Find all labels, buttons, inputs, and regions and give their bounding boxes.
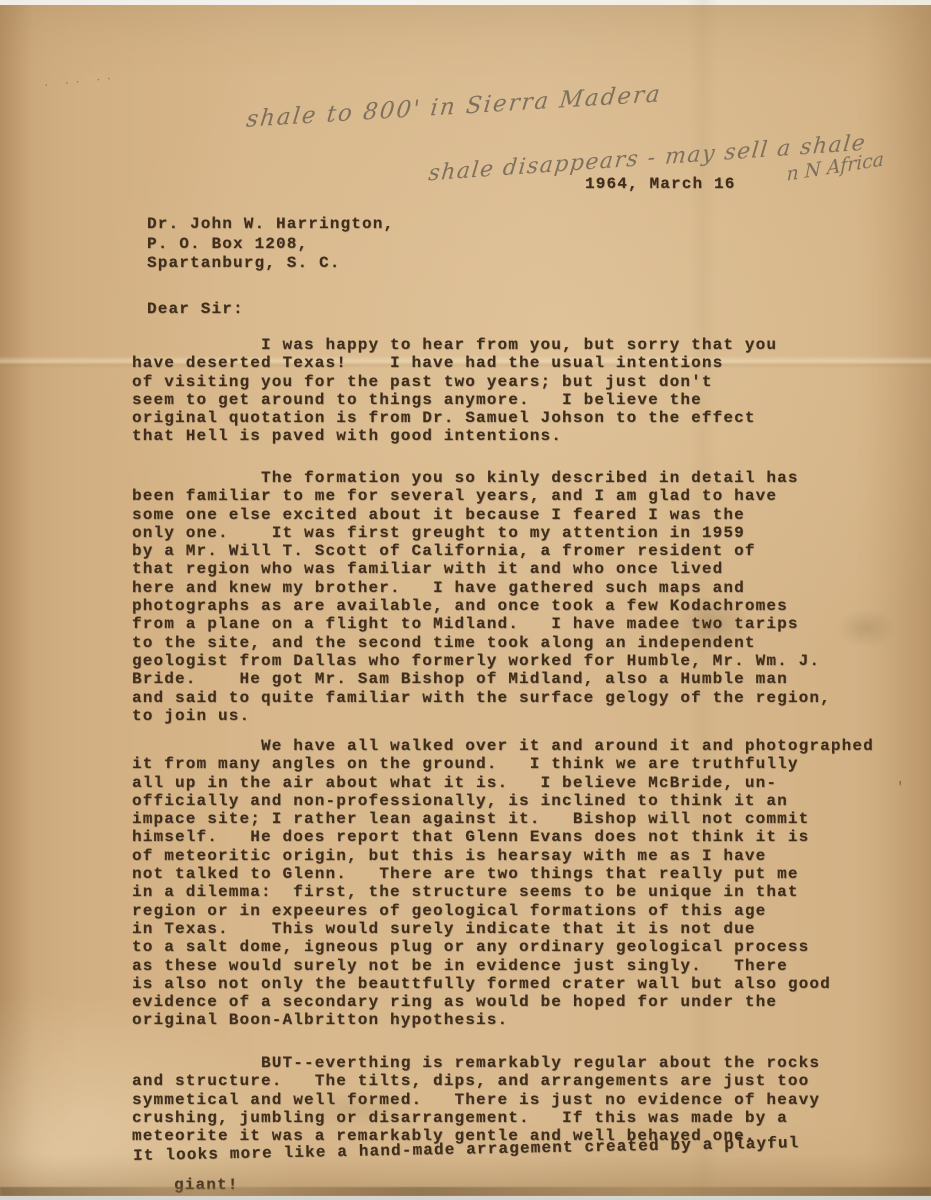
- stray-pen-mark: ': [896, 780, 904, 796]
- scan-top-edge: [0, 0, 931, 5]
- recipient-address: Dr. John W. Harrington, P. O. Box 1208, …: [147, 215, 394, 274]
- salutation: Dear Sir:: [147, 300, 244, 318]
- letter-paragraph-1: I was happy to hear from you, but sorry …: [132, 336, 777, 446]
- letter-date: 1964, March 16: [585, 175, 736, 193]
- letter-paragraph-2: The formation you so kinly described in …: [132, 469, 831, 725]
- letter-paragraph-3: We have all walked over it and around it…: [132, 737, 874, 1030]
- scan-bottom-line: [0, 1196, 931, 1200]
- scan-bottom-edge: [0, 1187, 931, 1196]
- letter-paragraph-4: BUT--everthing is remarkably regular abo…: [132, 1054, 820, 1145]
- ink-smudge: [836, 608, 896, 648]
- handwritten-annotation-line1: shale to 800' in Sierra Madera: [245, 81, 663, 133]
- pencil-marks: . .. ..: [44, 68, 118, 89]
- scanned-letter-page: . .. .. shale to 800' in Sierra Madera s…: [0, 0, 931, 1200]
